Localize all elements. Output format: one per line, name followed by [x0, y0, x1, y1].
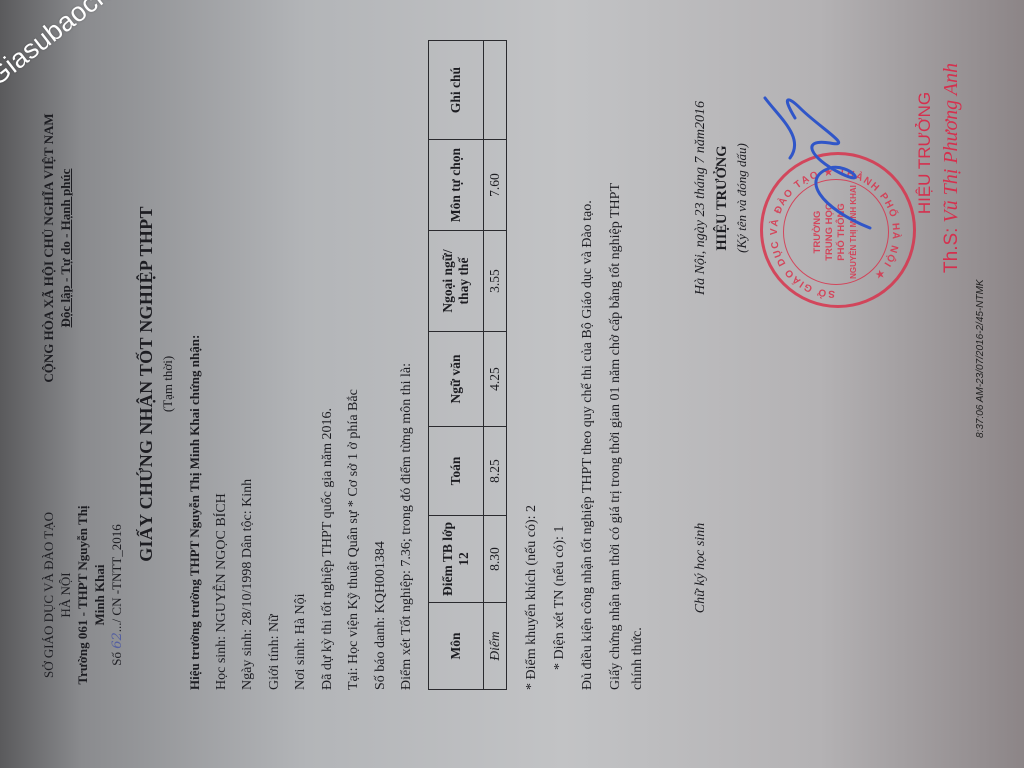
document-title: GIẤY CHỨNG NHẬN TỐT NGHIỆP THPT	[136, 0, 157, 768]
principal-title-stamp: HIỆU TRƯỞNG	[915, 0, 935, 318]
scores-header-row: Môn Điểm TB lớp 12 Toán Ngữ văn Ngoại ng…	[429, 41, 484, 690]
department-city: HÀ NỘI	[57, 470, 74, 720]
header-literature: Ngữ văn	[429, 332, 484, 427]
document-number: Số 62.../ CN -TNTT_2016	[108, 470, 126, 720]
student-signature-label: Chữ ký học sinh	[693, 468, 709, 668]
eligibility-line: Đủ điều kiện công nhận tốt nghiệp THPT t…	[574, 10, 602, 690]
country-name: CỘNG HÒA XÃ HỘI CHỦ NGHĨA VIỆT NAM	[40, 28, 57, 468]
bonus-points: * Điểm khuyến khích (nếu có): 2	[518, 10, 546, 690]
score-gpa-12: 8.30	[484, 516, 507, 603]
scores-table: Môn Điểm TB lớp 12 Toán Ngữ văn Ngoại ng…	[428, 40, 507, 690]
certificate-page: SỞ GIÁO DỤC VÀ ĐÀO TẠO HÀ NỘI Trường 061…	[0, 0, 1024, 768]
document-subtitle: (Tạm thời)	[160, 0, 176, 768]
signing-date: Hà Nội, ngày 23 tháng 7 năm2016	[693, 8, 709, 388]
header-subject: Môn	[429, 603, 484, 690]
graduation-category: * Diện xét TN (nếu có): 1	[546, 10, 574, 690]
notes-section: * Điểm khuyến khích (nếu có): 2 * Diện x…	[518, 10, 652, 690]
table-row: Điểm 8.30 8.25 4.25 3.55 7.60	[484, 41, 507, 690]
handwritten-signature-icon	[760, 68, 890, 268]
birthplace: Nơi sinh: Hà Nội	[288, 10, 315, 690]
header-gpa-12: Điểm TB lớp 12	[429, 516, 484, 603]
student-name: Học sinh: NGUYỄN NGỌC BÍCH	[209, 10, 236, 690]
score-notes	[484, 41, 507, 140]
intro-line: Hiệu trưởng trường THPT Nguyễn Thị Minh …	[182, 10, 209, 690]
header-math: Toán	[429, 427, 484, 516]
signer-note: (Ký tên và đóng dấu)	[734, 8, 750, 388]
candidate-number: Số báo danh: KQH001384	[368, 10, 395, 690]
exam-line: Đã dự kỳ thi tốt nghiệp THPT quốc gia nă…	[315, 10, 342, 690]
score-foreign-language: 3.55	[484, 231, 507, 332]
school-name-line1: Trường 061 - THPT Nguyễn Thị	[74, 470, 91, 720]
print-timestamp: 8:37:06 AM-23/07/2016-2/45-NTMK	[975, 18, 986, 438]
score-elective: 7.60	[484, 140, 507, 231]
certificate-body: Hiệu trưởng trường THPT Nguyễn Thị Minh …	[182, 10, 421, 690]
national-motto: Độc lập - Tự do - Hạnh phúc	[57, 28, 74, 468]
score-literature: 4.25	[484, 332, 507, 427]
header-elective: Môn tự chọn	[429, 140, 484, 231]
graduation-score: Điểm xét Tốt nghiệp: 7.36; trong đó điểm…	[394, 10, 421, 690]
signer-title: HIỆU TRƯỞNG	[714, 8, 731, 388]
venue-line: Tại: Học viện Kỹ thuật Quân sự * Cơ sở 1…	[341, 10, 368, 690]
department-name: SỞ GIÁO DỤC VÀ ĐÀO TẠO	[40, 470, 57, 720]
national-header: CỘNG HÒA XÃ HỘI CHỦ NGHĨA VIỆT NAM Độc l…	[40, 28, 74, 468]
header-notes: Ghi chú	[429, 41, 484, 140]
handwritten-number: 62	[110, 632, 125, 649]
dob-ethnicity: Ngày sinh: 28/10/1998 Dân tộc: Kinh	[235, 10, 262, 690]
row-label: Điểm	[484, 603, 507, 690]
header-foreign-language: Ngoại ngữ/ thay thế	[429, 231, 484, 332]
issuer-header: SỞ GIÁO DỤC VÀ ĐÀO TẠO HÀ NỘI Trường 061…	[40, 470, 126, 720]
principal-name-stamp: Th.S: Vũ Thị Phương Anh	[940, 0, 963, 348]
score-math: 8.25	[484, 427, 507, 516]
school-name-line2: Minh Khai	[91, 470, 108, 720]
gender: Giới tính: Nữ	[262, 10, 289, 690]
